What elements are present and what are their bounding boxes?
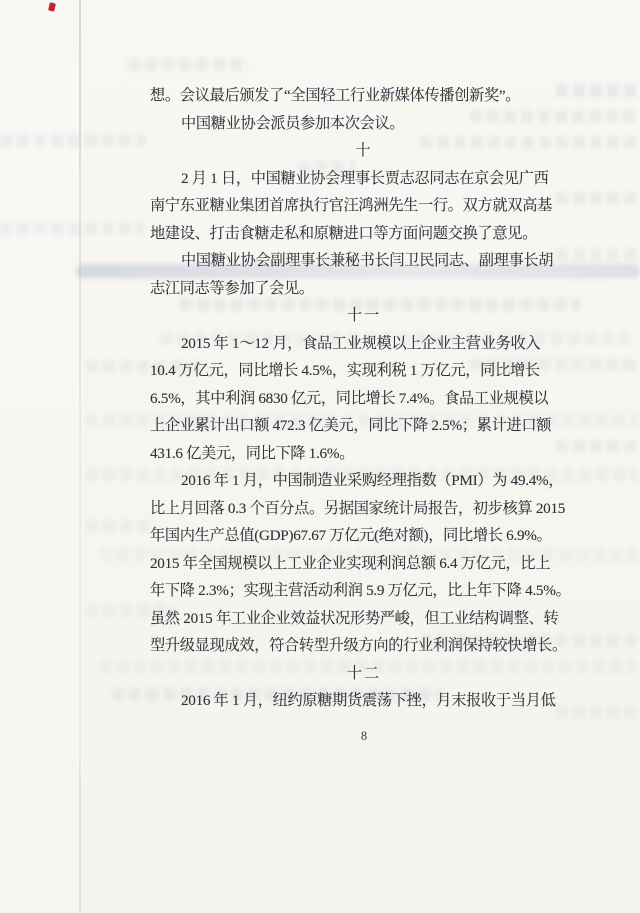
section-marker: 十二	[150, 660, 578, 688]
section-marker: 十一	[150, 302, 578, 330]
text-line: 上企业累计出口额 472.3 亿美元，同比下降 2.5%；累计进口额	[150, 412, 578, 440]
text-line: 型升级显现成效，符合转型升级方向的行业利润保持较快增长。	[150, 632, 578, 660]
page-number: 8	[150, 728, 578, 744]
text-line: 比上月回落 0.3 个百分点。另据国家统计局报告，初步核算 2015	[150, 495, 578, 523]
bleed-through-streak	[86, 520, 156, 533]
bleed-through-streak	[128, 58, 248, 71]
text-line: 2015 年全国规模以上工业企业实现利润总额 6.4 万亿元，比上	[150, 550, 578, 578]
section-marker: 十	[150, 137, 578, 165]
text-line: 10.4 万亿元，同比增长 4.5%，实现利税 1 万亿元，同比增长	[150, 357, 578, 385]
scanned-document-page: 想。会议最后颁发了“全国轻工行业新媒体传播创新奖”。中国糖业协会派员参加本次会议…	[0, 0, 640, 913]
text-line: 2016 年 1 月，中国制造业采购经理指数（PMI）为 49.4%，	[150, 467, 578, 495]
text-line: 中国糖业协会派员参加本次会议。	[150, 110, 578, 138]
text-line: 中国糖业协会副理事长兼秘书长闫卫民同志、副理事长胡	[150, 247, 578, 275]
text-line: 2 月 1 日，中国糖业协会理事长贾志忍同志在京会见广西	[150, 165, 578, 193]
text-line: 年下降 2.3%；实现主营活动利润 5.9 万亿元，比上年下降 4.5%。	[150, 577, 578, 605]
text-line: 2015 年 1～12 月，食品工业规模以上企业主营业务收入	[150, 330, 578, 358]
text-line: 地建设、打击食糖走私和原糖进口等方面问题交换了意见。	[150, 220, 578, 248]
text-line: 虽然 2015 年工业企业效益状况形势严峻，但工业结构调整、转	[150, 605, 578, 633]
document-text: 想。会议最后颁发了“全国轻工行业新媒体传播创新奖”。中国糖业协会派员参加本次会议…	[150, 82, 578, 715]
text-line: 2016 年 1 月，纽约原糖期货震荡下挫，月末报收于当月低	[150, 687, 578, 715]
text-line: 志江同志等参加了会见。	[150, 275, 578, 303]
text-line: 南宁东亚糖业集团首席执行官汪鸿洲先生一行。双方就双高基	[150, 192, 578, 220]
page-fold-line	[79, 0, 81, 913]
text-line: 431.6 亿美元，同比下降 1.6%。	[150, 440, 578, 468]
text-line: 年国内生产总值(GDP)67.67 万亿元(绝对额)，同比增长 6.9%。	[150, 522, 578, 550]
text-line: 6.5%，其中利润 6830 亿元，同比增长 7.4%。食品工业规模以	[150, 385, 578, 413]
text-line: 想。会议最后颁发了“全国轻工行业新媒体传播创新奖”。	[150, 82, 578, 110]
page-margin-strip	[0, 0, 80, 913]
